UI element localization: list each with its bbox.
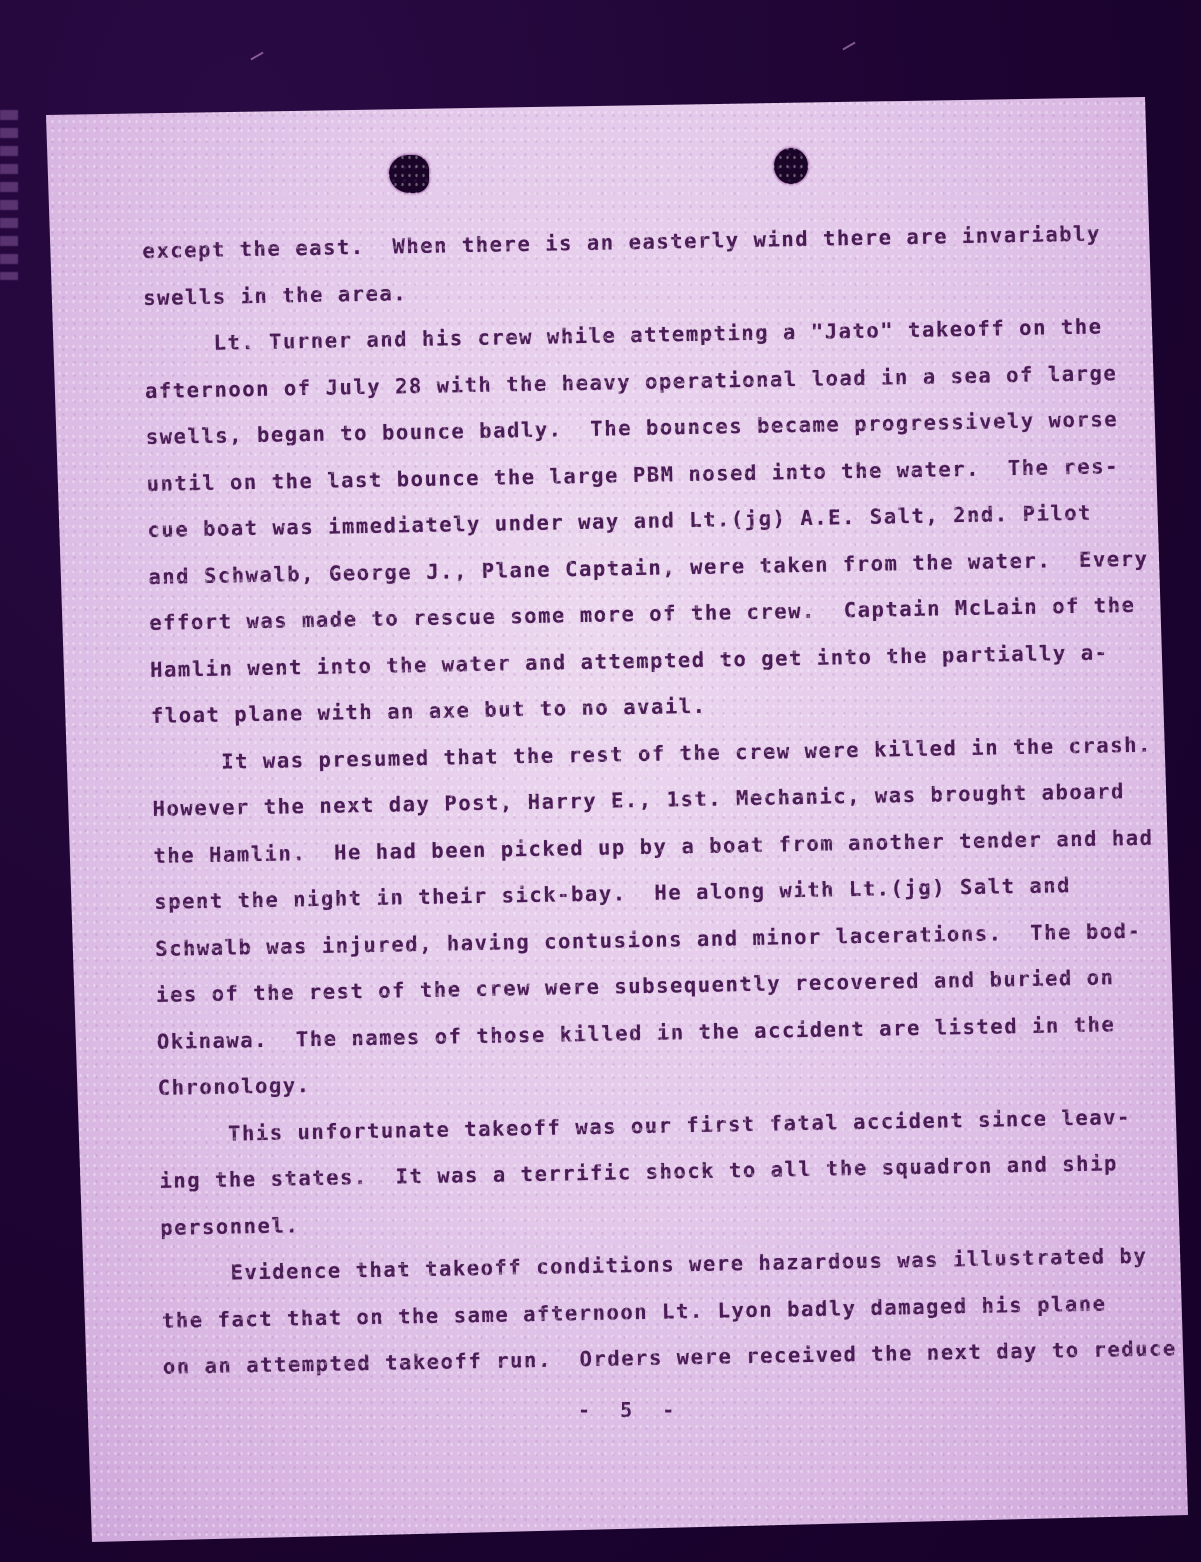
body-text: except the east. When there is an easter…: [142, 209, 1173, 1390]
film-edge-marks: [0, 110, 18, 280]
dust-scratch: [842, 42, 855, 51]
punch-hole-left: [389, 155, 429, 193]
page-number: - 5 -: [578, 1398, 676, 1422]
dust-scratch: [250, 52, 263, 61]
film-background: except the east. When there is an easter…: [0, 0, 1201, 1562]
punch-hole-right: [774, 148, 808, 184]
typewritten-page: except the east. When there is an easter…: [0, 0, 1201, 1562]
